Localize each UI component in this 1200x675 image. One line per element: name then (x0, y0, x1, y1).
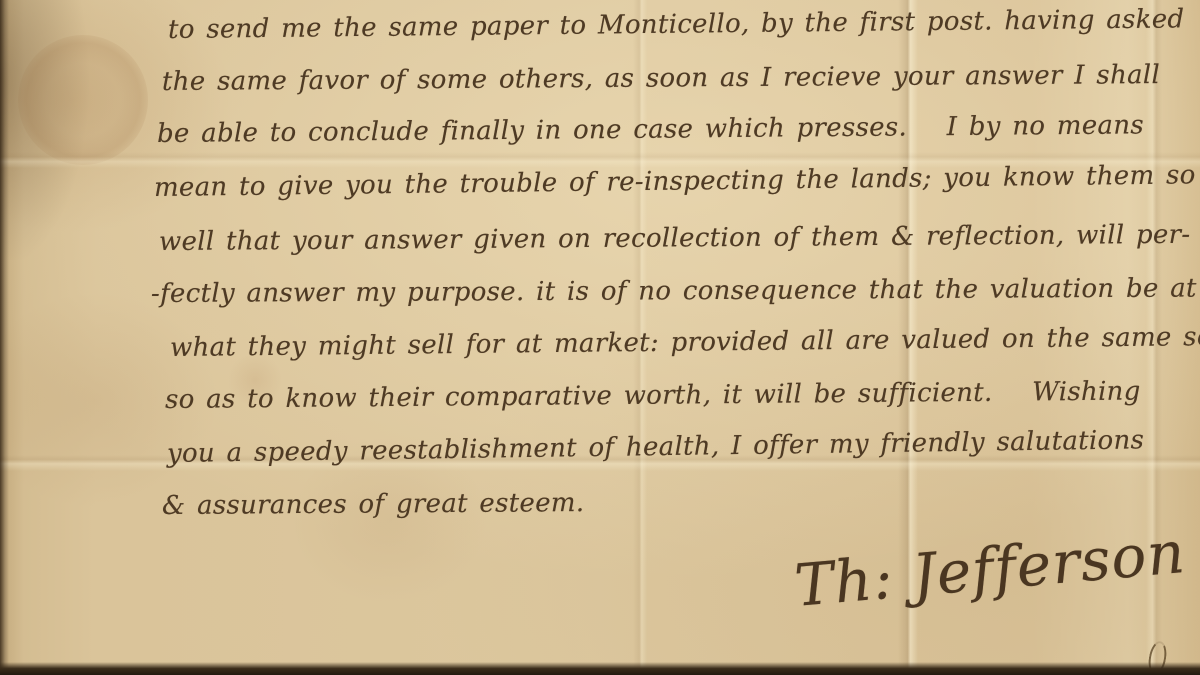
corner-shadow (0, 0, 120, 260)
letter-line: well that your answer given on recollect… (159, 220, 1191, 257)
letter-line: the same favor of some others, as soon a… (162, 60, 1160, 97)
letter-line: so as to know their comparative worth, i… (165, 376, 1141, 415)
page-edge-bottom (0, 662, 1200, 675)
paper-stain (18, 35, 148, 165)
letter-line: what they might sell for at market: prov… (170, 322, 1200, 363)
letter-line: be able to conclude finally in one case … (157, 110, 1144, 149)
ink-flourish-mark (1146, 640, 1169, 675)
letter-line: & assurances of great esteem. (162, 488, 585, 521)
letter-page: to send me the same paper to Monticello,… (0, 0, 1200, 675)
page-edge-left (0, 0, 9, 675)
letter-line: you a speedy reestablishment of health, … (167, 425, 1145, 469)
letter-line: to send me the same paper to Monticello,… (168, 4, 1185, 45)
letter-line: -fectly answer my purpose. it is of no c… (151, 274, 1197, 309)
letter-line: mean to give you the trouble of re-inspe… (154, 160, 1196, 203)
signature: Th: Jefferson (792, 518, 1188, 620)
